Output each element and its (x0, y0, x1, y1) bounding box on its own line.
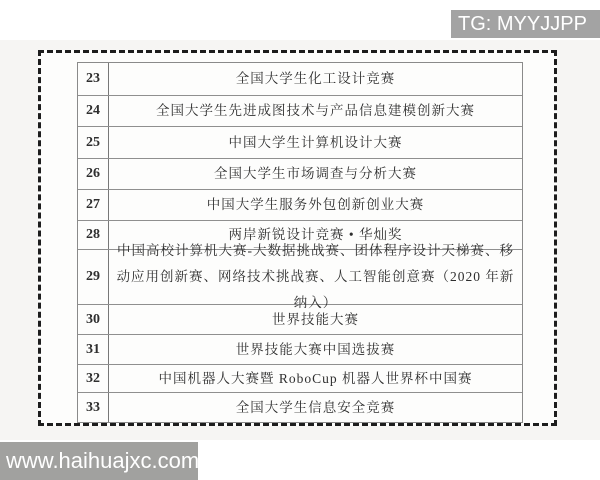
telegram-watermark-badge: TG: MYYJJPP (451, 10, 600, 38)
table-row: 25 中国大学生计算机设计大赛 (78, 127, 522, 159)
row-number: 26 (78, 159, 109, 189)
row-number: 28 (78, 221, 109, 249)
row-number: 29 (78, 250, 109, 304)
competition-name: 中国机器人大赛暨 RoboCup 机器人世界杯中国赛 (109, 365, 522, 392)
table-row: 30 世界技能大赛 (78, 305, 522, 335)
competition-name: 全国大学生市场调查与分析大赛 (109, 159, 522, 189)
table-row: 32 中国机器人大赛暨 RoboCup 机器人世界杯中国赛 (78, 365, 522, 393)
row-number: 27 (78, 190, 109, 220)
competition-name: 世界技能大赛 (109, 305, 522, 334)
row-number: 24 (78, 96, 109, 126)
table-row: 33 全国大学生信息安全竞赛 (78, 393, 522, 422)
table-row: 24 全国大学生先进成图技术与产品信息建模创新大赛 (78, 96, 522, 127)
row-number: 32 (78, 365, 109, 392)
table-row: 27 中国大学生服务外包创新创业大赛 (78, 190, 522, 221)
table-row: 23 全国大学生化工设计竞赛 (78, 63, 522, 96)
website-watermark-banner: www.haihuajxc.com (0, 442, 198, 480)
competition-name: 世界技能大赛中国选拔赛 (109, 335, 522, 364)
competition-name: 全国大学生化工设计竞赛 (109, 63, 522, 95)
row-number: 30 (78, 305, 109, 334)
competition-name: 中国大学生服务外包创新创业大赛 (109, 190, 522, 220)
competition-name: 中国高校计算机大赛-大数据挑战赛、团体程序设计天梯赛、移动应用创新赛、网络技术挑… (109, 250, 522, 304)
competition-name: 中国大学生计算机设计大赛 (109, 127, 522, 158)
competition-name: 全国大学生先进成图技术与产品信息建模创新大赛 (109, 96, 522, 126)
row-number: 23 (78, 63, 109, 95)
competition-table: 23 全国大学生化工设计竞赛 24 全国大学生先进成图技术与产品信息建模创新大赛… (77, 62, 523, 423)
table-row: 29 中国高校计算机大赛-大数据挑战赛、团体程序设计天梯赛、移动应用创新赛、网络… (78, 250, 522, 305)
table-row: 26 全国大学生市场调查与分析大赛 (78, 159, 522, 190)
row-number: 25 (78, 127, 109, 158)
table-row: 31 世界技能大赛中国选拔赛 (78, 335, 522, 365)
row-number: 33 (78, 393, 109, 422)
row-number: 31 (78, 335, 109, 364)
competition-name: 全国大学生信息安全竞赛 (109, 393, 522, 422)
